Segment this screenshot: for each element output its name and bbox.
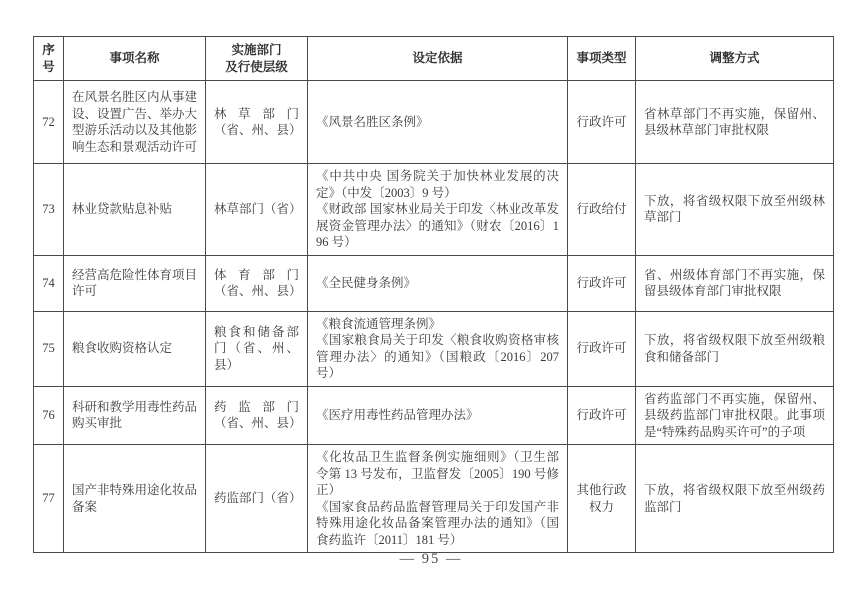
- cell-no: 74: [34, 255, 64, 311]
- cell-name: 林业贷款贴息补贴: [64, 164, 206, 256]
- column-header-basis: 设定依据: [308, 37, 568, 81]
- column-header-name: 事项名称: [64, 37, 206, 81]
- cell-dept: 林草部门（省、州、县）: [206, 81, 308, 164]
- cell-adjust: 省林草部门不再实施，保留州、县级林草部门审批权限: [636, 81, 834, 164]
- cell-name: 科研和教学用毒性药品购买审批: [64, 386, 206, 445]
- cell-no: 76: [34, 386, 64, 445]
- table-row: 76 科研和教学用毒性药品购买审批 药监部门（省、州、县） 《医疗用毒性药品管理…: [34, 386, 834, 445]
- cell-type: 其他行政权力: [568, 445, 636, 553]
- table-row: 73 林业贷款贴息补贴 林草部门（省） 《中共中央 国务院关于加快林业发展的决定…: [34, 164, 834, 256]
- cell-no: 73: [34, 164, 64, 256]
- column-header-type: 事项类型: [568, 37, 636, 81]
- cell-type: 行政给付: [568, 164, 636, 256]
- document-page: 序 号 事项名称 实施部门 及行使层级 设定依据 事项类型 调整方式 72 在风…: [0, 0, 862, 600]
- cell-name: 粮食收购资格认定: [64, 311, 206, 386]
- cell-dept: 药监部门（省）: [206, 445, 308, 553]
- cell-adjust: 下放，将省级权限下放至州级林草部门: [636, 164, 834, 256]
- cell-basis: 《化妆品卫生监督条例实施细则》（卫生部令第 13 号发布，卫监督发〔2005〕1…: [308, 445, 568, 553]
- cell-type: 行政许可: [568, 81, 636, 164]
- cell-dept: 林草部门（省）: [206, 164, 308, 256]
- cell-dept: 粮食和储备部门（省、州、县）: [206, 311, 308, 386]
- cell-type: 行政许可: [568, 386, 636, 445]
- cell-name: 国产非特殊用途化妆品备案: [64, 445, 206, 553]
- cell-no: 75: [34, 311, 64, 386]
- cell-type: 行政许可: [568, 311, 636, 386]
- items-table: 序 号 事项名称 实施部门 及行使层级 设定依据 事项类型 调整方式 72 在风…: [33, 36, 834, 553]
- table-row: 74 经营高危险性体育项目许可 体育部门（省、州、县） 《全民健身条例》 行政许…: [34, 255, 834, 311]
- table-row: 75 粮食收购资格认定 粮食和储备部门（省、州、县） 《粮食流通管理条例》 《国…: [34, 311, 834, 386]
- cell-basis: 《医疗用毒性药品管理办法》: [308, 386, 568, 445]
- cell-basis: 《风景名胜区条例》: [308, 81, 568, 164]
- column-header-adjust: 调整方式: [636, 37, 834, 81]
- header-row: 序 号 事项名称 实施部门 及行使层级 设定依据 事项类型 调整方式: [34, 37, 834, 81]
- cell-adjust: 下放，将省级权限下放至州级药监部门: [636, 445, 834, 553]
- column-header-no: 序 号: [34, 37, 64, 81]
- cell-dept: 药监部门（省、州、县）: [206, 386, 308, 445]
- column-header-dept: 实施部门 及行使层级: [206, 37, 308, 81]
- cell-name: 在风景名胜区内从事建设、设置广告、举办大型游乐活动以及其他影响生态和景观活动许可: [64, 81, 206, 164]
- cell-adjust: 省、州级体育部门不再实施，保留县级体育部门审批权限: [636, 255, 834, 311]
- cell-dept: 体育部门（省、州、县）: [206, 255, 308, 311]
- cell-basis: 《全民健身条例》: [308, 255, 568, 311]
- cell-name: 经营高危险性体育项目许可: [64, 255, 206, 311]
- table-row: 72 在风景名胜区内从事建设、设置广告、举办大型游乐活动以及其他影响生态和景观活…: [34, 81, 834, 164]
- cell-adjust: 省药监部门不再实施，保留州、县级药监部门审批权限。此事项是“特殊药品购买许可”的…: [636, 386, 834, 445]
- cell-no: 72: [34, 81, 64, 164]
- cell-no: 77: [34, 445, 64, 553]
- page-number: — 95 —: [0, 551, 862, 568]
- cell-adjust: 下放，将省级权限下放至州级粮食和储备部门: [636, 311, 834, 386]
- table-row: 77 国产非特殊用途化妆品备案 药监部门（省） 《化妆品卫生监督条例实施细则》（…: [34, 445, 834, 553]
- cell-basis: 《粮食流通管理条例》 《国家粮食局关于印发〈粮食收购资格审核管理办法〉的通知》（…: [308, 311, 568, 386]
- cell-type: 行政许可: [568, 255, 636, 311]
- cell-basis: 《中共中央 国务院关于加快林业发展的决定》（中发〔2003〕9 号） 《财政部 …: [308, 164, 568, 256]
